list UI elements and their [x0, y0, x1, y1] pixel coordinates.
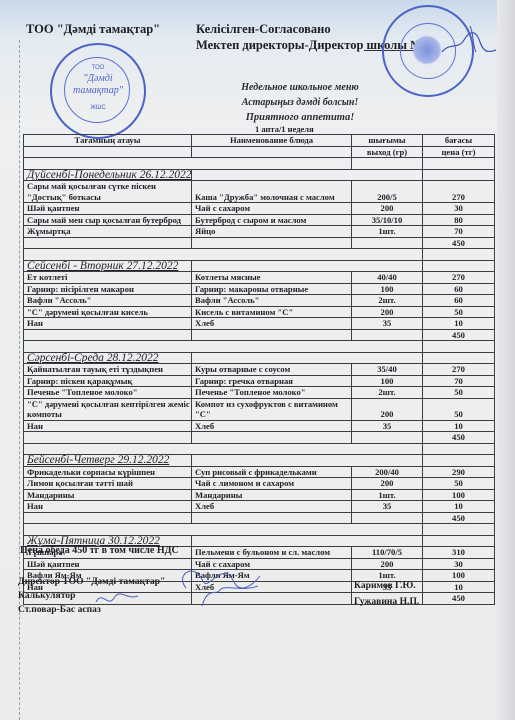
day-total-row: 450 — [24, 237, 495, 249]
dish-price: 270 — [423, 181, 495, 203]
dish-name-ru: Компот из сухофруктов с витамином"С" — [192, 398, 352, 420]
dish-name-kz: Вафли "Ассоль" — [24, 295, 192, 307]
menu-document-page: ТОО "Дәмді тамақтар" Келісілген-Согласов… — [0, 0, 515, 720]
day-total: 450 — [423, 329, 495, 341]
binding-margin-line — [19, 40, 21, 720]
stamp-name-line2: тамақтар" — [52, 85, 144, 96]
dish-name-ru: Бутерброд с сыром и маслом — [192, 214, 352, 226]
table-row: Лимон қосылған тәтті шайЧай с лимоном и … — [24, 478, 495, 490]
dish-output: 200 — [352, 398, 423, 420]
dish-price: 50 — [423, 398, 495, 420]
dish-output: 35/10/10 — [352, 214, 423, 226]
dish-output: 35 — [352, 318, 423, 330]
dish-name-kz: Лимон қосылған тәтті шай — [24, 478, 192, 490]
dish-name-ru: Гарнир: макароны отварные — [192, 283, 352, 295]
day-header-row: Дүйсенбі-Понедельник 26.12.2022 — [24, 169, 495, 181]
table-row: Гарнир: піскен қарақұмықГарнир: гречка о… — [24, 375, 495, 387]
dish-price: 70 — [423, 375, 495, 387]
stamp-bottom-text: ЖШС — [52, 105, 144, 111]
dish-name-kz: Сары май мен сыр қосылған бутерброд — [24, 214, 192, 226]
day-total: 450 — [423, 237, 495, 249]
dish-name-kz: Нан — [24, 420, 192, 432]
header-output-ru: выход (гр) — [352, 146, 423, 158]
director-signature-icon — [440, 22, 500, 62]
table-row: НанХлеб3510 — [24, 501, 495, 513]
signatory-role: Директор ТОО "Дәмді тамақтар" — [18, 576, 165, 587]
dish-price: 100 — [423, 570, 495, 582]
stamp-name-line1: "Дәмді — [52, 73, 144, 84]
menu-table: Тағамның атауы Наименование блюда шығымы… — [23, 134, 495, 605]
dish-name-ru: Печенье "Топленое молоко" — [192, 387, 352, 399]
dish-name-ru: Хлеб — [192, 318, 352, 330]
stamp-top-text: ТОО — [52, 65, 144, 71]
dish-name-ru: Гарнир: гречка отварная — [192, 375, 352, 387]
day-header-row: Сейсенбі - Вторник 27.12.2022 — [24, 260, 495, 272]
spacer-row — [24, 341, 495, 353]
dish-name-kz: "С" дәрумені қосылған кисель — [24, 306, 192, 318]
dish-output: 35 — [352, 420, 423, 432]
table-row: НанХлеб3510 — [24, 318, 495, 330]
day-label: Бейсенбі-Четверг 29.12.2022 — [27, 455, 169, 467]
dish-name-ru: Яйцо — [192, 226, 352, 238]
spacer-row — [24, 249, 495, 261]
dish-name-kz: Нан — [24, 501, 192, 513]
table-row: "С" дәрумені қосылған кептірілген жеміск… — [24, 398, 495, 420]
dish-name-kz: Жұмыртқа — [24, 226, 192, 238]
signatory-role: Калькулятор — [18, 590, 75, 601]
header-price-ru: цена (тг) — [423, 146, 495, 158]
dish-name-kz: Мандарины — [24, 489, 192, 501]
dish-name-ru: Мандарины — [192, 489, 352, 501]
dish-price: 10 — [423, 581, 495, 593]
dish-output: 110/70/5 — [352, 547, 423, 559]
table-row: Ет котлетіКотлеты мясные40/40270 — [24, 272, 495, 284]
dish-price: 60 — [423, 283, 495, 295]
spacer-row — [24, 524, 495, 536]
day-header-row: Бейсенбі-Четверг 29.12.2022 — [24, 455, 495, 467]
greeting-ru: Приятного аппетита! — [200, 112, 400, 123]
calculator-signature-icon — [92, 588, 142, 614]
signatory-name: Каримов Г.Ю. — [354, 580, 416, 591]
dish-output: 200 — [352, 478, 423, 490]
dish-price: 310 — [423, 547, 495, 559]
dish-price: 50 — [423, 306, 495, 318]
dish-output: 100 — [352, 375, 423, 387]
table-row: МандариныМандарины1шт.100 — [24, 489, 495, 501]
dish-price: 50 — [423, 478, 495, 490]
day-header-row: Сәрсенбі-Среда 28.12.2022 — [24, 352, 495, 364]
table-row: Сары май қосылған сүтке піскен"Достық" б… — [24, 181, 495, 203]
table-row: ЖұмыртқаЯйцо1шт.70 — [24, 226, 495, 238]
price-note: Цена обеда 450 тг в том числе НДС — [20, 545, 179, 556]
company-stamp-icon: ТОО "Дәмді тамақтар" ЖШС — [50, 43, 146, 139]
dish-name-ru: Чай с лимоном и сахаром — [192, 478, 352, 490]
dish-price: 270 — [423, 272, 495, 284]
dish-output: 35 — [352, 501, 423, 513]
dish-price: 50 — [423, 387, 495, 399]
state-emblem-icon — [412, 35, 442, 65]
day-total-row: 450 — [24, 512, 495, 524]
day-total: 450 — [423, 593, 495, 605]
day-total-row: 450 — [24, 329, 495, 341]
organization-title: ТОО "Дәмді тамақтар" — [26, 22, 160, 37]
dish-name-kz: Шәй қантпен — [24, 558, 192, 570]
dish-price: 10 — [423, 501, 495, 513]
dish-name-kz: Ет котлеті — [24, 272, 192, 284]
dish-output: 200/5 — [352, 181, 423, 203]
dish-output: 1шт. — [352, 226, 423, 238]
header-name-ru: Наименование блюда — [192, 135, 352, 147]
signature-icon — [172, 566, 262, 610]
dish-name-kz: Гарнир: пісірілген макарон — [24, 283, 192, 295]
dish-name-ru: Пельмени с бульоном и сл. маслом — [192, 547, 352, 559]
header-price-kz: бағасы — [423, 135, 495, 147]
dish-name-ru: Чай с сахаром — [192, 203, 352, 215]
dish-name-ru: Кисель с витамином "С" — [192, 306, 352, 318]
dish-price: 10 — [423, 420, 495, 432]
dish-name-ru: Хлеб — [192, 420, 352, 432]
table-row: Шәй қантпенЧай с сахаром20030 — [24, 203, 495, 215]
signatory-name: Гужавина Н.П. — [354, 596, 419, 607]
table-row: Қайнатылған тауық еті тұздықпенКуры отва… — [24, 364, 495, 376]
dish-output: 40/40 — [352, 272, 423, 284]
dish-price: 270 — [423, 364, 495, 376]
dish-name-kz: Гарнир: піскен қарақұмық — [24, 375, 192, 387]
greeting-kz: Астарыңыз дәмді болсын! — [200, 97, 400, 108]
table-row: Вафли "Ассоль"Вафли "Ассоль"2шт.60 — [24, 295, 495, 307]
dish-name-ru: Вафли "Ассоль" — [192, 295, 352, 307]
dish-price: 80 — [423, 214, 495, 226]
dish-name-ru: Куры отварные с соусом — [192, 364, 352, 376]
day-total: 450 — [423, 512, 495, 524]
dish-output: 35/40 — [352, 364, 423, 376]
table-row: "С" дәрумені қосылған кисельКисель с вит… — [24, 306, 495, 318]
dish-name-kz: Сары май қосылған сүтке піскен"Достық" б… — [24, 181, 192, 203]
spacer-row — [24, 158, 495, 170]
dish-output: 2шт. — [352, 295, 423, 307]
dish-name-kz: Нан — [24, 318, 192, 330]
dish-price: 70 — [423, 226, 495, 238]
page-edge-shadow — [497, 0, 515, 720]
dish-price: 30 — [423, 558, 495, 570]
table-row: Гарнир: пісірілген макаронГарнир: макаро… — [24, 283, 495, 295]
dish-price: 290 — [423, 466, 495, 478]
dish-name-ru: Суп рисовый с фрикадельками — [192, 466, 352, 478]
dish-name-ru: Каша "Дружба" молочная с маслом — [192, 181, 352, 203]
header-output-kz: шығымы — [352, 135, 423, 147]
table-row: Печенье "Топленое молоко"Печенье "Топлен… — [24, 387, 495, 399]
signatory-role: Ст.повар-Бас аспаз — [18, 604, 101, 615]
dish-name-kz: Шәй қантпен — [24, 203, 192, 215]
spacer-row — [24, 443, 495, 455]
table-row: Сары май мен сыр қосылған бутербродБутер… — [24, 214, 495, 226]
dish-output: 1шт. — [352, 489, 423, 501]
day-label: Дүйсенбі-Понедельник 26.12.2022 — [27, 169, 191, 181]
dish-output: 100 — [352, 283, 423, 295]
day-label: Сәрсенбі-Среда 28.12.2022 — [27, 352, 159, 364]
day-label: Сейсенбі - Вторник 27.12.2022 — [27, 260, 178, 272]
day-total-row: 450 — [24, 432, 495, 444]
dish-name-ru: Хлеб — [192, 501, 352, 513]
approval-label: Келісілген-Согласовано — [196, 22, 331, 37]
dish-name-ru: Котлеты мясные — [192, 272, 352, 284]
table-row: Фрикадельки сорпасы күрішпенСуп рисовый … — [24, 466, 495, 478]
dish-output: 200 — [352, 306, 423, 318]
dish-output: 2шт. — [352, 387, 423, 399]
dish-price: 60 — [423, 295, 495, 307]
dish-name-kz: Фрикадельки сорпасы күрішпен — [24, 466, 192, 478]
table-row: НанХлеб3510 — [24, 420, 495, 432]
dish-output: 200 — [352, 558, 423, 570]
dish-output: 200/40 — [352, 466, 423, 478]
dish-output: 200 — [352, 203, 423, 215]
menu-title: Недельное школьное меню — [200, 82, 400, 93]
dish-price: 30 — [423, 203, 495, 215]
dish-name-kz: "С" дәрумені қосылған кептірілген жеміск… — [24, 398, 192, 420]
dish-name-kz: Печенье "Топленое молоко" — [24, 387, 192, 399]
dish-price: 10 — [423, 318, 495, 330]
header-name-kz: Тағамның атауы — [24, 135, 192, 147]
table-header-row-1: Тағамның атауы Наименование блюда шығымы… — [24, 135, 495, 147]
table-header-row-2: выход (гр) цена (тг) — [24, 146, 495, 158]
week-label: 1 апта/1 неделя — [255, 124, 314, 134]
dish-price: 100 — [423, 489, 495, 501]
dish-name-kz: Қайнатылған тауық еті тұздықпен — [24, 364, 192, 376]
day-total: 450 — [423, 432, 495, 444]
